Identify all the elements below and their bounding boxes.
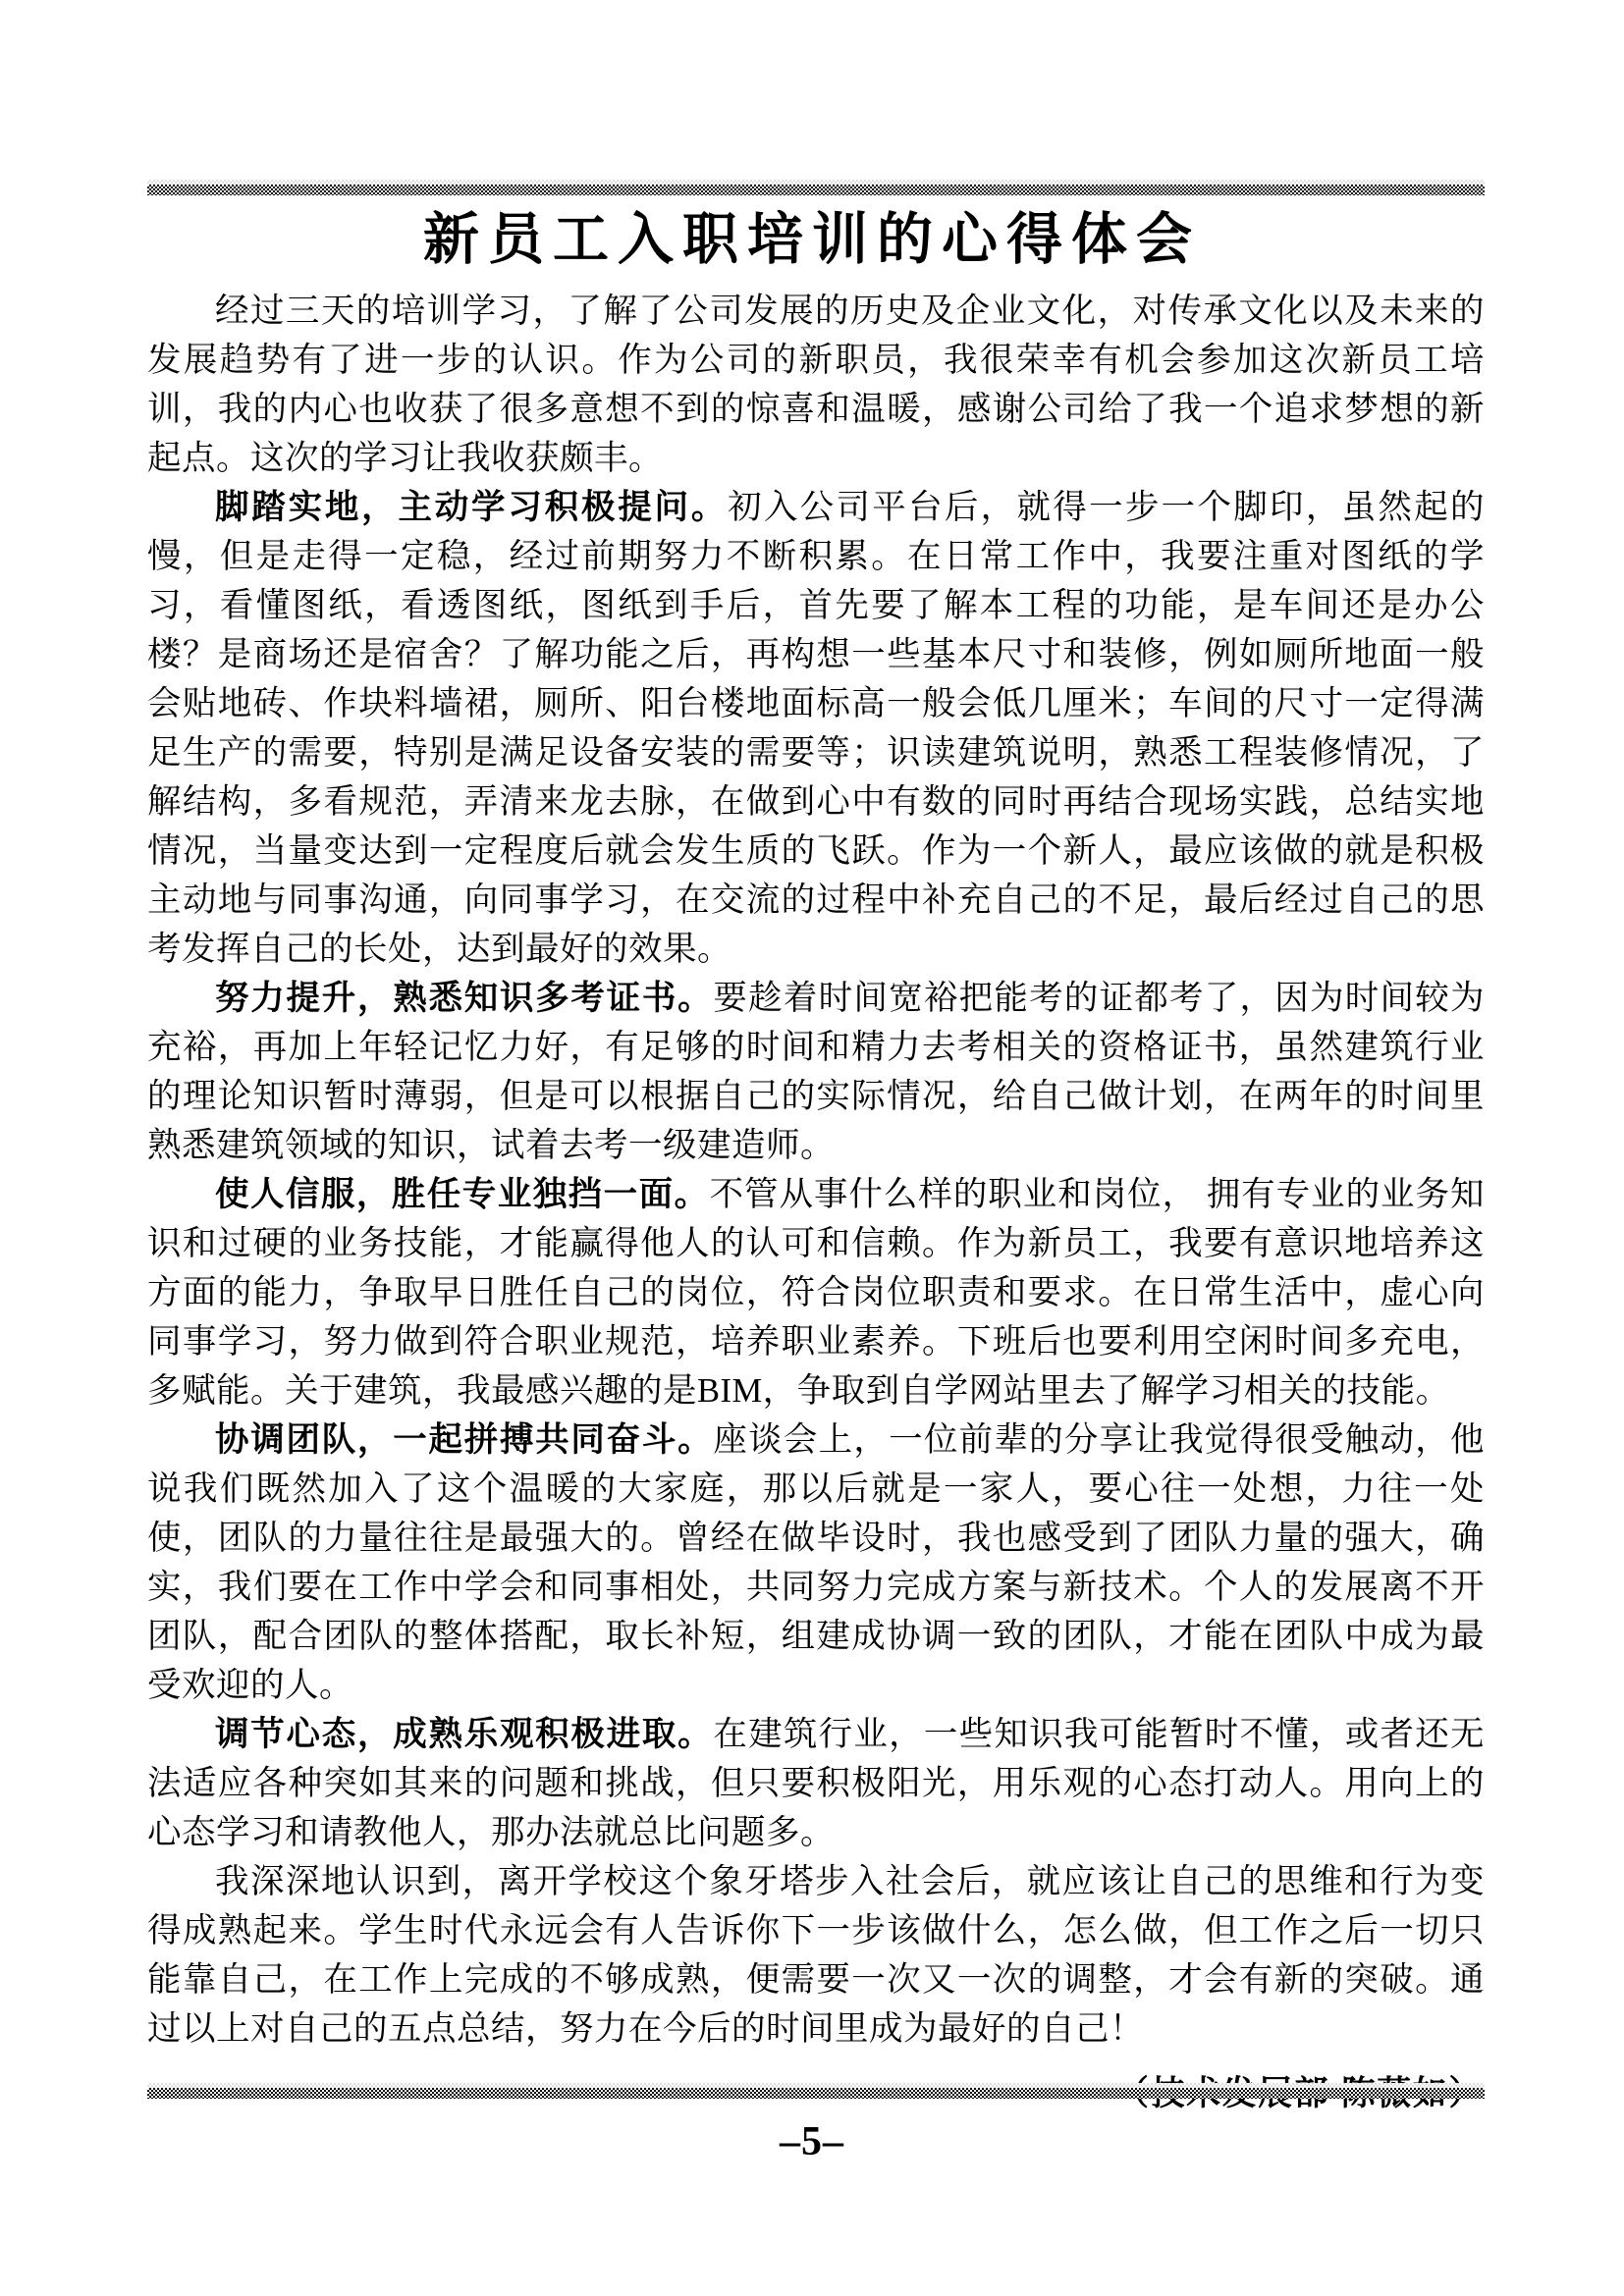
paragraph-lead: 努力提升，熟悉知识多考证书。 bbox=[215, 980, 713, 1017]
paragraph-text: 座谈会上，一位前辈的分享让我觉得很受触动，他说我们既然加入了这个温暖的大家庭，那… bbox=[147, 1421, 1485, 1704]
bottom-divider-dark-stripe bbox=[147, 2088, 1485, 2099]
paragraph-teamwork: 协调团队，一起拼搏共同奋斗。座谈会上，一位前辈的分享让我觉得很受触动，他说我们既… bbox=[147, 1415, 1485, 1710]
paragraph-professional: 使人信服，胜任专业独挡一面。不管从事什么样的职业和岗位， 拥有专业的业务知识和过… bbox=[147, 1170, 1485, 1415]
paragraph-intro: 经过三天的培训学习，了解了公司发展的历史及企业文化，对传承文化以及未来的发展趋势… bbox=[147, 287, 1485, 483]
paragraph-text: 初入公司平台后，就得一步一个脚印，虽然起的慢，但是走得一定稳，经过前期努力不断积… bbox=[147, 489, 1485, 968]
document-body: 经过三天的培训学习，了解了公司发展的历史及企业文化，对传承文化以及未来的发展趋势… bbox=[147, 287, 1485, 2118]
page-title: 新员工入职培训的心得体会 bbox=[0, 196, 1624, 285]
paragraph-certificates: 努力提升，熟悉知识多考证书。要趁着时间宽裕把能考的证都考了，因为时间较为充裕，再… bbox=[147, 974, 1485, 1170]
top-divider-dark-stripe bbox=[147, 185, 1485, 195]
top-divider-bar bbox=[147, 180, 1485, 195]
paragraph-text: 我深深地认识到，离开学校这个象牙塔步入社会后，就应该让自己的思维和行为变得成熟起… bbox=[147, 1863, 1485, 2048]
document-page: 新员工入职培训的心得体会 经过三天的培训学习，了解了公司发展的历史及企业文化，对… bbox=[0, 0, 1624, 2296]
paragraph-practical: 脚踏实地，主动学习积极提问。初入公司平台后，就得一步一个脚印，虽然起的慢，但是走… bbox=[147, 483, 1485, 974]
paragraph-lead: 调节心态，成熟乐观积极进取。 bbox=[215, 1716, 713, 1753]
paragraph-conclusion: 我深深地认识到，离开学校这个象牙塔步入社会后，就应该让自己的思维和行为变得成熟起… bbox=[147, 1857, 1485, 2054]
paragraph-mindset: 调节心态，成熟乐观积极进取。在建筑行业，一些知识我可能暂时不懂，或者还无法适应各… bbox=[147, 1710, 1485, 1857]
paragraph-text: 经过三天的培训学习，了解了公司发展的历史及企业文化，对传承文化以及未来的发展趋势… bbox=[147, 293, 1485, 477]
page-number: –5– bbox=[0, 2118, 1624, 2165]
paragraph-lead: 脚踏实地，主动学习积极提问。 bbox=[215, 489, 728, 526]
paragraph-lead: 使人信服，胜任专业独挡一面。 bbox=[215, 1176, 710, 1213]
bottom-divider-bar bbox=[147, 2083, 1485, 2099]
paragraph-lead: 协调团队，一起拼搏共同奋斗。 bbox=[215, 1421, 713, 1459]
